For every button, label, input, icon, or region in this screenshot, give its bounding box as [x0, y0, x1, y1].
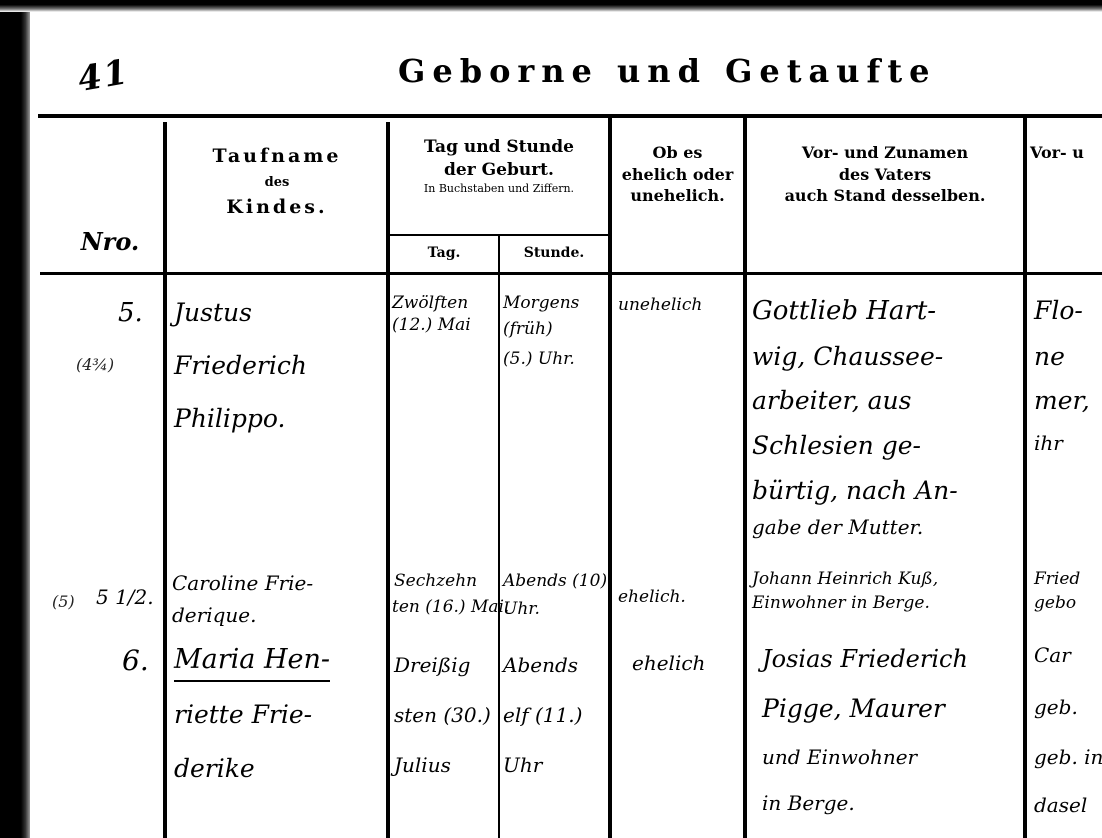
header-bottom-rule [40, 272, 1102, 275]
entry-3-vater-line: Josias Friederich [762, 638, 968, 680]
entry-3-tag-line: Dreißig [394, 650, 470, 680]
entry-1-tag-line: (12.) Mai [392, 314, 471, 336]
header-vater-line2: des Vaters [747, 164, 1023, 186]
entry-2-vater-line: Einwohner in Berge. [752, 592, 930, 614]
entry-1-mutter-line: Flo- [1034, 290, 1083, 332]
entry-3-taufname-line: Maria Hen- [174, 640, 330, 682]
header-top-rule [38, 114, 1102, 118]
entry-3-mutter-line: geb. in [1034, 742, 1102, 772]
entry-1-nro-note: (4¾) [76, 355, 114, 374]
header-taufname-line3: Kindes. [170, 195, 384, 221]
entry-1-vater-line: arbeiter, aus [752, 380, 911, 422]
page-title: Geborne und Getaufte [398, 52, 936, 90]
col-divider-5 [1023, 118, 1027, 838]
entry-1-tag-line: Zwölften [392, 292, 468, 314]
header-tag-stunde-sub: In Buchstaben und Ziffern. [390, 182, 608, 197]
entry-1-mutter-line: mer, [1034, 380, 1090, 422]
entry-1-vater-line: Gottlieb Hart- [752, 290, 936, 332]
book-binding-edge [0, 0, 30, 838]
header-tag-stunde: Tag und Stunde der Geburt. In Buchstaben… [390, 136, 608, 197]
entry-3-stunde-line: Abends [503, 650, 578, 680]
header-vater-line1: Vor- und Zunamen [747, 142, 1023, 164]
header-tag: Tag. [390, 244, 498, 263]
header-vater: Vor- und Zunamen des Vaters auch Stand d… [747, 142, 1023, 207]
entry-3-stunde-line: Uhr [503, 750, 542, 780]
entry-3-stunde-line: elf (11.) [503, 700, 582, 730]
entry-2-mutter-line: gebo [1034, 592, 1076, 614]
col-divider-tag-stunde [498, 236, 500, 838]
col-divider-2 [386, 122, 390, 838]
entry-2-taufname-line: Caroline Frie- [172, 568, 313, 598]
col-divider-4 [743, 118, 747, 838]
entry-2-stunde-line: Abends (10) [503, 570, 607, 592]
entry-3-tag-line: sten (30.) [394, 700, 491, 730]
entry-1-stunde-line: (früh) [503, 318, 553, 340]
col-divider-3 [608, 118, 612, 838]
entry-1-stunde-line: Morgens [503, 292, 579, 314]
entry-3-nro: 6. [122, 640, 149, 682]
entry-3-taufname-line: riette Frie- [174, 694, 312, 736]
entry-1-taufname-line: Friederich [174, 345, 307, 387]
header-ehelich: Ob es ehelich oder unehelich. [612, 142, 743, 207]
entry-2-vater-line: Johann Heinrich Kuß, [752, 568, 938, 590]
register-page: 41 Geborne und Getaufte Nro. Taufname de… [0, 0, 1102, 838]
header-taufname-line2: des [170, 174, 384, 192]
entry-2-tag-line: ten (16.) Mai. [392, 596, 509, 618]
entry-1-taufname-line: Justus [174, 292, 252, 334]
page-number: 41 [75, 52, 132, 100]
entry-1-vater-line: bürtig, nach An- [752, 470, 958, 512]
entry-1-nro: 5. [118, 292, 143, 334]
entry-2-nro-note: (5) [52, 592, 75, 611]
header-taufname: Taufname des Kindes. [170, 144, 384, 221]
entry-3-mutter-line: geb. [1034, 692, 1078, 722]
header-ehelich-line3: unehelich. [612, 185, 743, 207]
col-divider-1 [163, 122, 167, 838]
header-tag-stunde-line1: Tag und Stunde [390, 136, 608, 159]
entry-2-mutter-line: Fried [1034, 568, 1080, 590]
header-taufname-line1: Taufname [170, 144, 384, 170]
header-tag-stunde-line2: der Geburt. [390, 159, 608, 182]
page-top-edge [0, 0, 1102, 12]
entry-2-tag-line: Sechzehn [394, 570, 477, 592]
header-stunde: Stunde. [500, 244, 608, 263]
header-ehelich-line1: Ob es [612, 142, 743, 164]
entry-1-vater-line: wig, Chaussee- [752, 336, 943, 378]
entry-3-vater-line: Pigge, Maurer [762, 688, 945, 730]
entry-3-vater-line: und Einwohner [762, 742, 917, 772]
entry-1-mutter-line: ihr [1034, 428, 1063, 458]
entry-3-mutter-line: Car [1034, 640, 1071, 670]
entry-3-vater-line: in Berge. [762, 788, 855, 818]
entry-1-mutter-line: ne [1034, 336, 1065, 378]
entry-2-taufname-line: derique. [172, 600, 256, 630]
entry-3-taufname-line: derike [174, 748, 255, 790]
header-mutter-partial: Vor- u [1030, 142, 1102, 164]
entry-2-stunde-line: Uhr. [503, 598, 540, 620]
entry-2-ehelich: ehelich. [618, 586, 686, 608]
entry-2-nro: 5 1/2. [96, 582, 154, 612]
header-ehelich-line2: ehelich oder [612, 164, 743, 186]
entry-1-vater-line: gabe der Mutter. [752, 512, 923, 542]
entry-3-ehelich: ehelich [632, 648, 705, 678]
entry-1-vater-line: Schlesien ge- [752, 425, 921, 467]
entry-1-stunde-line: (5.) Uhr. [503, 348, 575, 370]
entry-1-ehelich: unehelich [618, 294, 702, 316]
entry-3-tag-line: Julius [394, 750, 451, 780]
entry-3-mutter-line: dasel [1034, 790, 1087, 820]
header-nro: Nro. [60, 226, 160, 258]
header-vater-line3: auch Stand desselben. [747, 185, 1023, 207]
entry-1-taufname-line: Philippo. [174, 398, 285, 440]
